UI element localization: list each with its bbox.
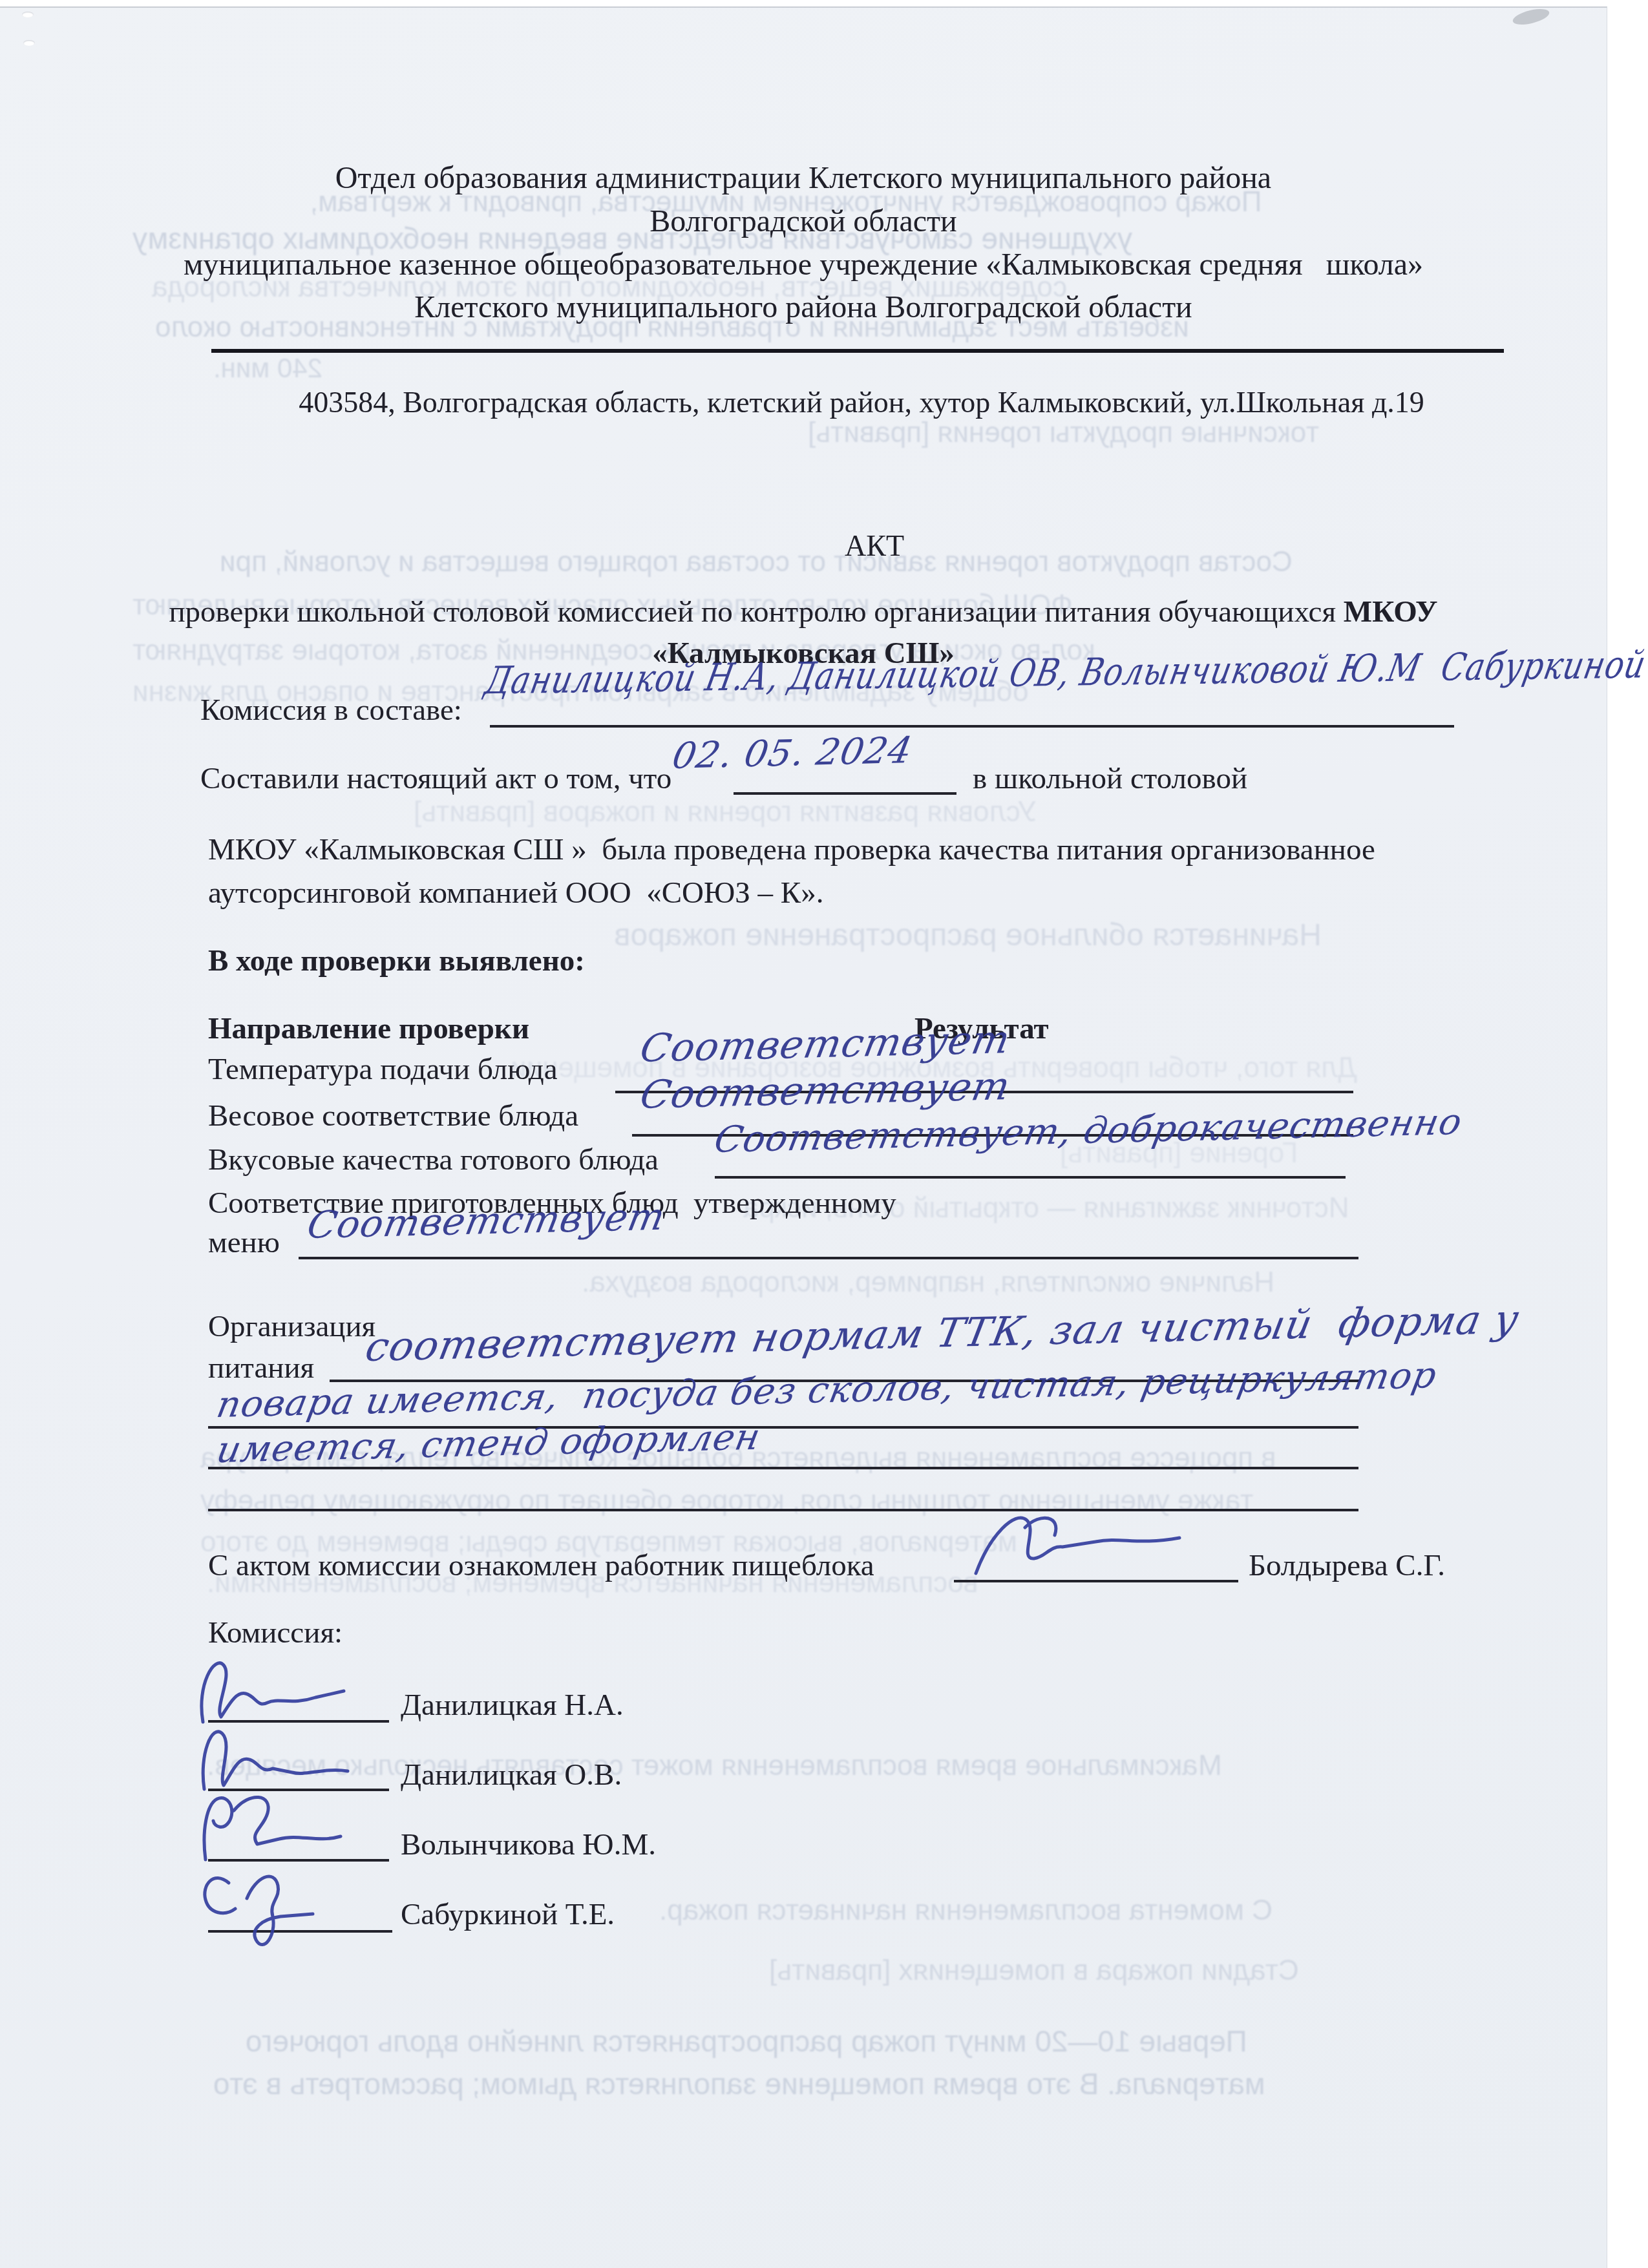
worker-signature — [963, 1506, 1234, 1590]
commission-handwriting: Данилицкой Н.А, Данилицкой ОВ, Волынчико… — [481, 642, 1648, 703]
handwriting-layer: Данилицкой Н.А, Данилицкой ОВ, Волынчико… — [0, 0, 1648, 2268]
result-temperature-handwriting: Соответствует — [637, 1017, 1014, 1071]
result-menu-handwriting: Соответствует — [304, 1195, 669, 1247]
date-handwriting: 02. 05. 2024 — [669, 730, 916, 777]
org-result-handwriting-3: имеется, стенд оформлен — [213, 1416, 764, 1471]
scanned-document-page: { "page": { "paper_color": "#edf0f5", "i… — [0, 0, 1648, 2268]
result-weight-handwriting: Соответствует — [637, 1064, 1014, 1118]
member-4-signature — [194, 1854, 388, 1977]
